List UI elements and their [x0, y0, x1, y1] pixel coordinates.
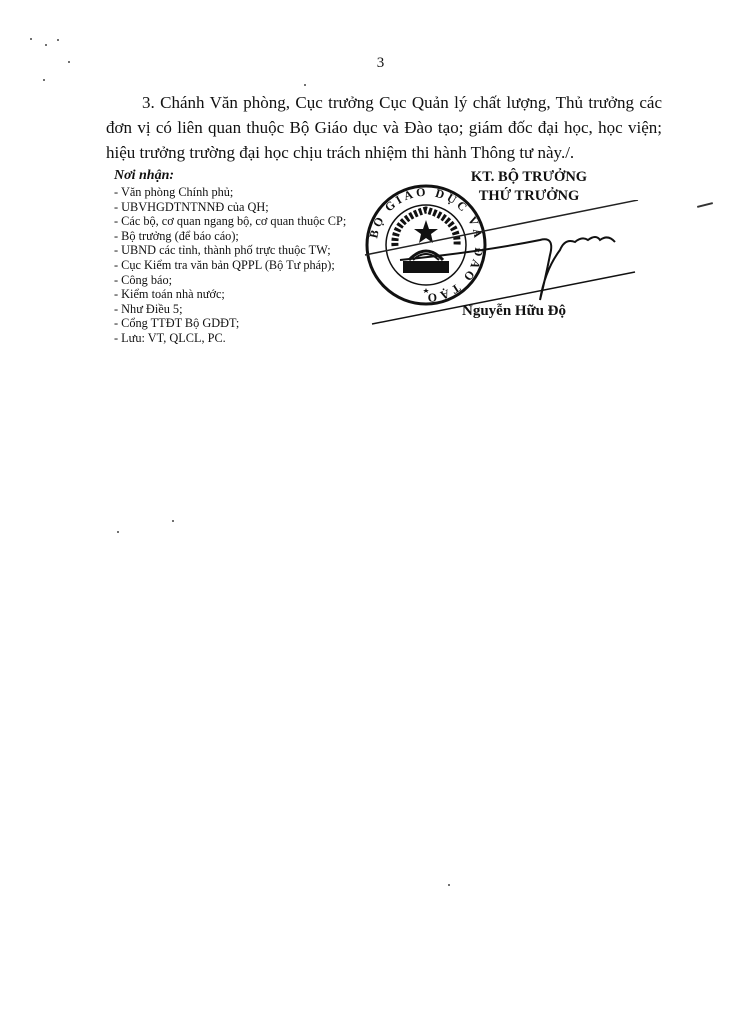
recipient-item: - UBND các tỉnh, thành phố trực thuộc TW… [114, 243, 374, 258]
page-number: 3 [0, 55, 731, 72]
scan-speck [57, 39, 59, 41]
scan-speck [45, 44, 47, 46]
scan-speck [30, 38, 32, 40]
scan-speck [304, 84, 306, 86]
recipient-item: - Văn phòng Chính phủ; [114, 185, 374, 200]
paragraph-text: 3. Chánh Văn phòng, Cục trưởng Cục Quản … [106, 93, 662, 162]
scan-speck [43, 79, 45, 81]
pen-mark [697, 202, 713, 208]
recipient-item: - Các bộ, cơ quan ngang bộ, cơ quan thuộ… [114, 214, 374, 229]
recipient-item: - Lưu: VT, QLCL, PC. [114, 331, 374, 346]
recipient-item: - Công báo; [114, 273, 374, 288]
signer-name: Nguyễn Hữu Độ [462, 303, 566, 320]
scan-speck [448, 884, 450, 886]
body-paragraph: 3. Chánh Văn phòng, Cục trưởng Cục Quản … [106, 90, 662, 165]
recipient-item: - Kiểm toán nhà nước; [114, 287, 374, 302]
recipients-heading: Nơi nhận: [114, 168, 374, 184]
recipient-item: - Cục Kiểm tra văn bản QPPL (Bộ Tư pháp)… [114, 258, 374, 273]
recipient-item: - Như Điều 5; [114, 302, 374, 317]
scan-speck [117, 531, 119, 533]
recipient-item: - UBVHGDTNTNNĐ của QH; [114, 200, 374, 215]
scan-speck [172, 520, 174, 522]
recipients-list: Nơi nhận: - Văn phòng Chính phủ; - UBVHG… [114, 168, 374, 346]
signature-title-line1: KT. BỘ TRƯỞNG [454, 168, 604, 187]
recipient-item: - Bộ trưởng (để báo cáo); [114, 229, 374, 244]
recipient-item: - Cổng TTĐT Bộ GDĐT; [114, 316, 374, 331]
